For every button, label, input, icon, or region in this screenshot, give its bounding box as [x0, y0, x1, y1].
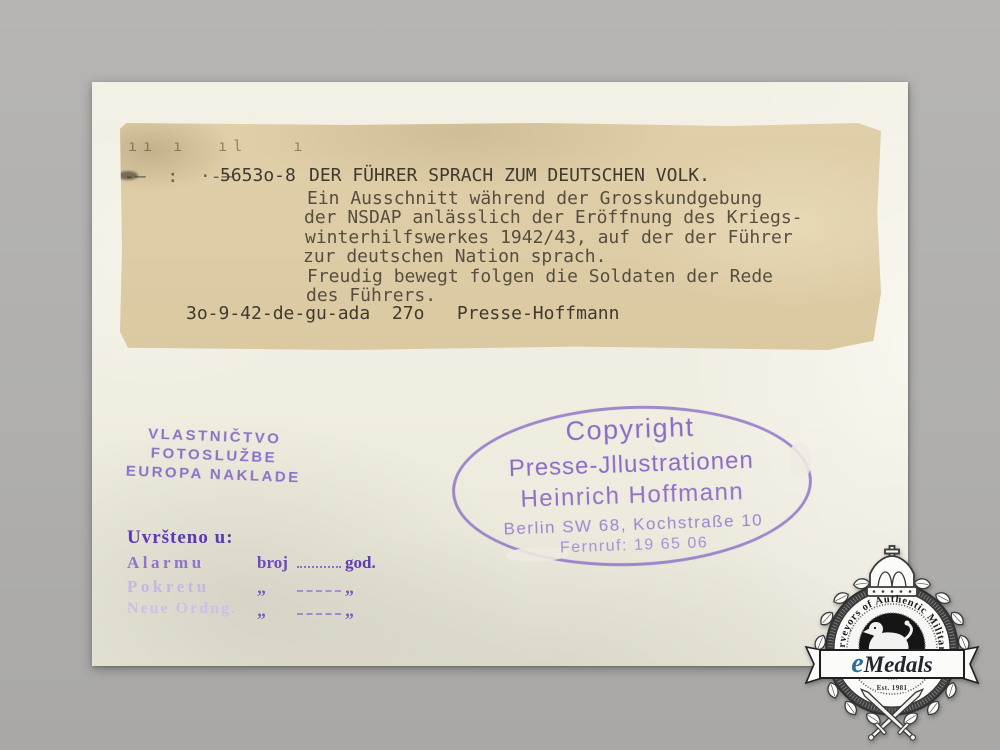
filing-row: Neue Ordng. „ „ — [127, 600, 389, 622]
filing-stamp: Uvršteno u: Alarmu broj god. Pokretu „ „… — [127, 527, 389, 627]
filing-row: Alarmu broj god. — [127, 553, 389, 575]
publication-name: Neue Ordng. — [127, 600, 237, 618]
caption-title: DER FÜHRER SPRACH ZUM DEUTSCHEN VOLK. — [309, 166, 710, 186]
crown-icon — [867, 546, 917, 596]
caption-line: winterhilfswerkes 1942/43, auf der der F… — [305, 228, 793, 248]
dotted-leader — [297, 566, 341, 568]
number-label: „ — [257, 577, 266, 598]
number-label: broj — [257, 553, 288, 573]
brand-banner: eMedals — [806, 647, 978, 683]
established-label: Est. 1981 — [876, 682, 908, 692]
filing-stamp-title: Uvršteno u: — [127, 527, 234, 549]
emedals-watermark-badge: Purveyors of Authentic Militaria — [804, 544, 984, 750]
typed-caption-strip: ıı ı ıl ı -– : ·-— 5653o-8 DER FÜHRER SP… — [120, 123, 881, 350]
brand-wordmark: eMedals — [851, 648, 932, 679]
typewriter-dash-marks: -– : ·-— — [124, 167, 232, 187]
copyright-oval-stamp: Copyright Presse-Jllustrationen Heinrich… — [447, 398, 817, 575]
photo-scan-scene: ıı ı ıl ı -– : ·-— 5653o-8 DER FÜHRER SP… — [0, 0, 1000, 750]
typewriter-smudge-marks: ıı ı ıl ı — [128, 136, 308, 156]
publication-name: Pokretu — [127, 577, 210, 597]
year-label: „ — [345, 600, 354, 621]
caption-line: der NSDAP anlässlich der Eröffnung des K… — [304, 208, 803, 228]
dashed-leader — [297, 590, 341, 592]
svg-text:Est. 1981: Est. 1981 — [877, 684, 908, 692]
year-label: „ — [345, 577, 354, 598]
caption-line: Freudig bewegt folgen die Soldaten der R… — [307, 267, 773, 287]
caption-line: Ein Ausschnitt während der Grosskundgebu… — [307, 189, 762, 209]
number-label: „ — [257, 600, 266, 621]
dashed-leader — [297, 613, 341, 615]
publication-name: Alarmu — [127, 553, 205, 573]
ownership-stamp: VLASTNIČTVO FOTOSLUŽBE EUROPA NAKLADE — [117, 423, 311, 487]
date-credit-line: 3o-9-42-de-gu-ada 27o Presse-Hoffmann — [186, 304, 619, 324]
year-label: god. — [345, 553, 376, 573]
filing-row: Pokretu „ „ — [127, 577, 389, 599]
caption-line: zur deutschen Nation sprach. — [303, 247, 606, 267]
photo-number: 5653o-8 — [220, 166, 296, 186]
